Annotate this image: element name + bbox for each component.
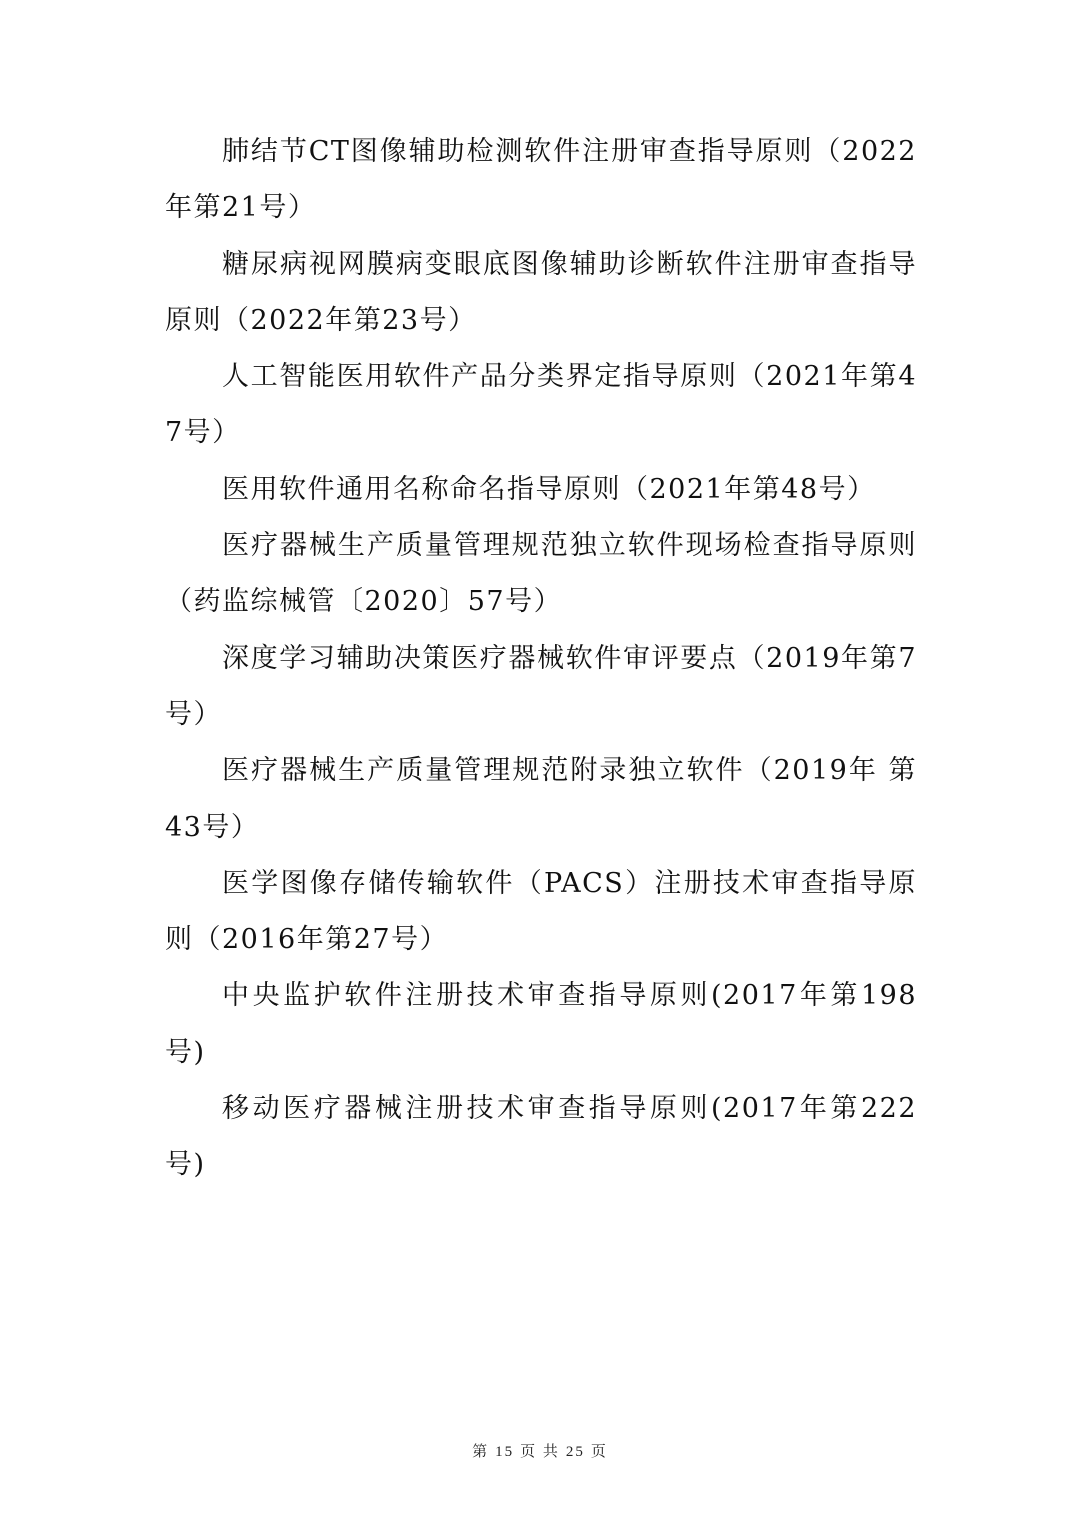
current-page-number: 15: [495, 1444, 514, 1460]
page-label-mid: 页 共: [520, 1444, 560, 1460]
page-label-suffix: 页: [591, 1444, 608, 1460]
reference-item: 糖尿病视网膜病变眼底图像辅助诊断软件注册审查指导原则（2022年第23号）: [165, 237, 917, 350]
reference-item: 肺结节CT图像辅助检测软件注册审查指导原则（2022年第21号）: [165, 124, 917, 237]
reference-item: 医疗器械生产质量管理规范附录独立软件（2019年 第43号）: [165, 743, 917, 856]
reference-item: 移动医疗器械注册技术审查指导原则(2017年第222号): [165, 1081, 917, 1194]
page-footer: 第15页 共25页: [0, 1440, 1080, 1461]
reference-item: 医学图像存储传输软件（PACS）注册技术审查指导原则（2016年第27号）: [165, 856, 917, 969]
reference-item: 医用软件通用名称命名指导原则（2021年第48号）: [165, 462, 917, 518]
reference-item: 人工智能医用软件产品分类界定指导原则（2021年第47号）: [165, 349, 917, 462]
reference-item: 中央监护软件注册技术审查指导原则(2017年第198号): [165, 968, 917, 1081]
document-body: 肺结节CT图像辅助检测软件注册审查指导原则（2022年第21号） 糖尿病视网膜病…: [165, 124, 917, 1194]
page-label-prefix: 第: [472, 1444, 489, 1460]
total-pages-number: 25: [566, 1444, 585, 1460]
reference-item: 深度学习辅助决策医疗器械软件审评要点（2019年第7号）: [165, 631, 917, 744]
reference-item: 医疗器械生产质量管理规范独立软件现场检查指导原则（药监综械管〔2020〕57号）: [165, 518, 917, 631]
